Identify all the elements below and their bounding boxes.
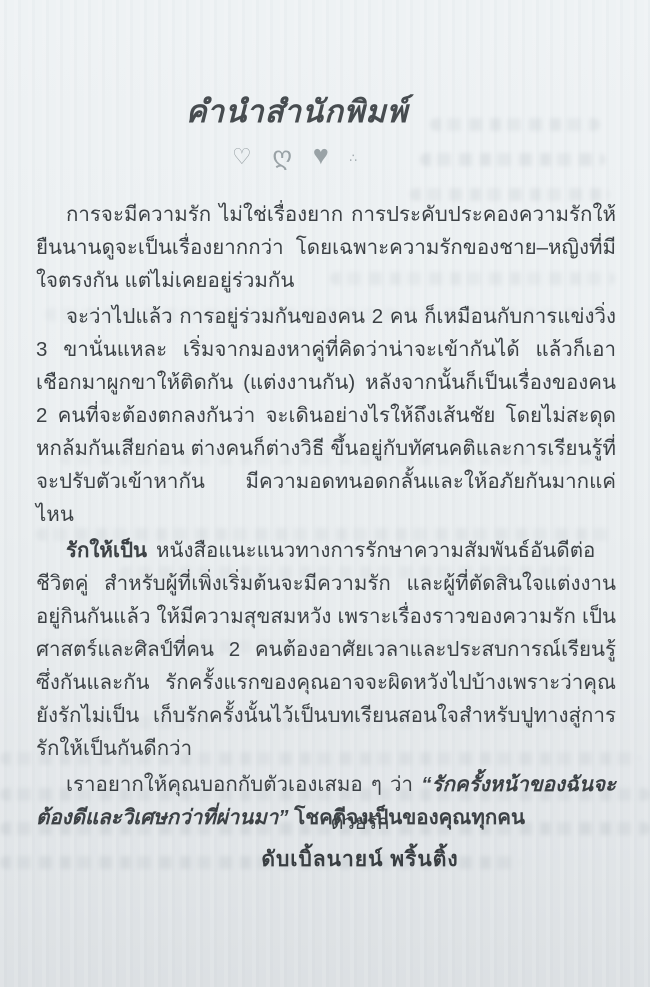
dots-icon: ∴ (349, 151, 358, 165)
preface-body: การจะมีความรัก ไม่ใช่เรื่องยาก การประคับ… (36, 198, 616, 837)
publisher-name: ดับเบิ้ลนายน์ พริ้นติ้ง (180, 843, 540, 876)
paragraph-3-text: หนังสือแนะแนวทางการรักษาความสัมพันธ์อันด… (36, 539, 616, 760)
signature-salutation: ด้วยรัก (180, 806, 540, 838)
signature-block: ด้วยรัก ดับเบิ้ลนายน์ พริ้นติ้ง (180, 806, 540, 876)
scanned-book-page: คำนำสำนักพิมพ์ ♡ ღ ♥ ∴ การจะมีความรัก ไม… (0, 0, 650, 987)
book-title-emphasis: รักให้เป็น (66, 539, 147, 562)
paragraph-4-lead: เราอยากให้คุณบอกกับตัวเองเสมอ ๆ ว่า (66, 773, 421, 796)
hearts-ornament: ♡ ღ ♥ ∴ (0, 140, 620, 171)
page-title: คำนำสำนักพิมพ์ (0, 86, 622, 136)
swirl-heart-icon: ღ (272, 142, 299, 170)
heart-solid-icon: ♥ (313, 140, 336, 170)
heart-outline-icon: ♡ (232, 144, 259, 169)
paragraph-3: รักให้เป็นหนังสือแนะแนวทางการรักษาความสั… (36, 534, 616, 765)
paragraph-2: จะว่าไปแล้ว การอยู่ร่วมกันของคน 2 คน ก็เ… (36, 300, 616, 531)
paragraph-1: การจะมีความรัก ไม่ใช่เรื่องยาก การประคับ… (36, 198, 616, 297)
